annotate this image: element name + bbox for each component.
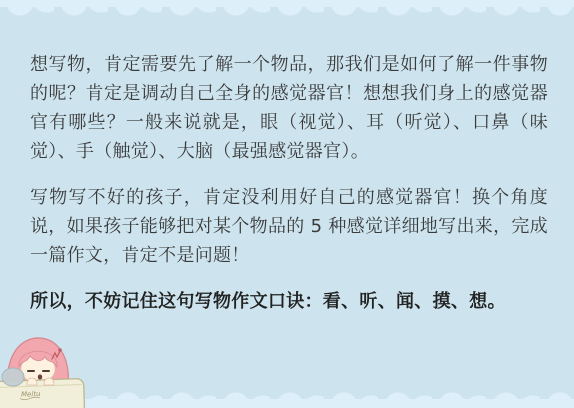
sleeping-girl-mascot: Meitu xyxy=(0,334,112,408)
paragraph-mnemonic: 所以，不妨记住这句写物作文口诀：看、听、闻、摸、想。 xyxy=(30,287,548,316)
article-body: 想写物，肯定需要先了解一个物品，那我们是如何了解一件事物的呢？肯定是调动自己全身… xyxy=(30,50,548,333)
article-card: 想写物，肯定需要先了解一个物品，那我们是如何了解一件事物的呢？肯定是调动自己全身… xyxy=(0,0,574,408)
paragraph-senses-intro: 想写物，肯定需要先了解一个物品，那我们是如何了解一件事物的呢？肯定是调动自己全身… xyxy=(30,50,548,166)
cloud-border-top xyxy=(0,0,574,26)
mascot-mouth xyxy=(38,374,42,379)
mascot-hand-left xyxy=(27,378,37,385)
sleep-bubble-icon xyxy=(2,368,24,386)
paragraph-advice: 写物写不好的孩子，肯定没利用好自己的感觉器官！换个角度说，如果孩子能够把对某个物… xyxy=(30,183,548,270)
mascot-hairpin-ball xyxy=(58,348,62,352)
mascot-hand-right xyxy=(44,378,54,385)
